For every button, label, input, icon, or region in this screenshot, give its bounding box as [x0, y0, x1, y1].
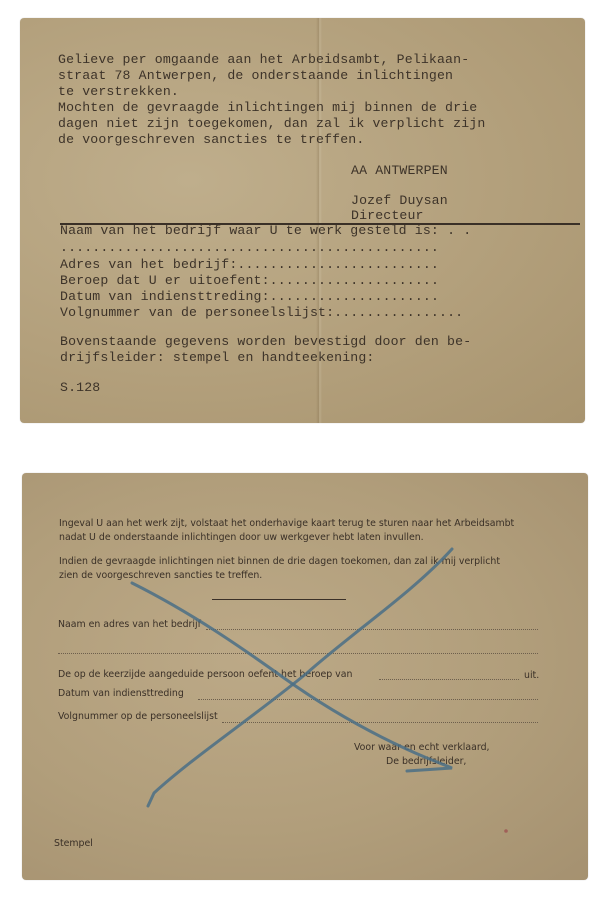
field-leader: ................	[334, 305, 463, 320]
declaration-line-1: Voor waar en echt verklaard,	[354, 741, 490, 754]
field-label: Volgnummer van de personeelslijst:	[60, 305, 334, 320]
label-profession: De op de keerzijde aangeduide persoon oe…	[58, 668, 352, 681]
field-start-date: Datum van indiensttreding:..............…	[60, 289, 439, 306]
label-start-date: Datum van indiensttreding	[58, 687, 184, 700]
intro-line-4: Mochten de gevraagde inlichtingen mij bi…	[58, 100, 477, 117]
field-label: Naam van het bedrijf waar U te werk gest…	[60, 223, 439, 238]
paragraph1-line-1: Ingeval U aan het werk zijt, volstaat he…	[59, 517, 514, 530]
form-code: S.128	[60, 380, 100, 397]
intro-line-6: de voorgeschreven sancties te treffen.	[58, 132, 364, 149]
field-company-name-continued: ........................................…	[60, 240, 439, 257]
field-label: Adres van het bedrijf:	[60, 257, 237, 272]
label-profession-suffix: uit.	[524, 669, 539, 682]
intro-line-3: te verstrekken.	[58, 84, 179, 101]
field-company-name: Naam van het bedrijf waar U te werk gest…	[60, 223, 471, 240]
stamp-label: Stempel	[54, 837, 93, 850]
profession-line	[379, 679, 519, 680]
intro-line-2: straat 78 Antwerpen, de onderstaande inl…	[58, 68, 453, 85]
name-address-line-1	[206, 629, 538, 630]
field-leader: .....................	[270, 273, 439, 288]
field-label: Datum van indiensttreding:	[60, 289, 270, 304]
intro-line-1: Gelieve per omgaande aan het Arbeidsambt…	[58, 52, 469, 69]
label-name-address: Naam en adres van het bedrijf	[58, 618, 201, 631]
confirmation-line-1: Bovenstaande gegevens worden bevestigd d…	[60, 334, 471, 351]
start-date-line	[198, 699, 538, 700]
paragraph1-line-2: nadat U de onderstaande inlichtingen doo…	[59, 531, 424, 544]
field-profession: Beroep dat U er uitoefent:..............…	[60, 273, 439, 290]
intro-line-5: dagen niet zijn toegekomen, dan zal ik v…	[58, 116, 485, 133]
field-leader: .....................	[270, 289, 439, 304]
field-company-address: Adres van het bedrijf:..................…	[60, 257, 439, 274]
name-address-line-2	[58, 653, 538, 654]
field-staff-list-number: Volgnummer van de personeelslijst:......…	[60, 305, 463, 322]
postcard-back: Ingeval U aan het werk zijt, volstaat he…	[22, 473, 588, 880]
paragraph2-line-1: Indien de gevraagde inlichtingen niet bi…	[59, 555, 500, 568]
label-staff-list-number: Volgnummer op de personeelslijst	[58, 710, 218, 723]
field-label: Beroep dat U er uitoefent:	[60, 273, 270, 288]
confirmation-line-2: drijfsleider: stempel en handteekening:	[60, 350, 375, 367]
office-name: AA ANTWERPEN	[351, 163, 448, 180]
paragraph2-line-2: zien de voorgeschreven sancties te treff…	[59, 569, 262, 582]
declaration-line-2: De bedrijfsleider,	[386, 755, 466, 768]
field-leader: . .	[439, 223, 471, 238]
postcard-front: Gelieve per omgaande aan het Arbeidsambt…	[20, 18, 585, 423]
staff-list-number-line	[222, 722, 538, 723]
divider-rule	[212, 599, 346, 600]
field-leader: .........................	[237, 257, 439, 272]
field-leader: ........................................…	[60, 240, 439, 255]
